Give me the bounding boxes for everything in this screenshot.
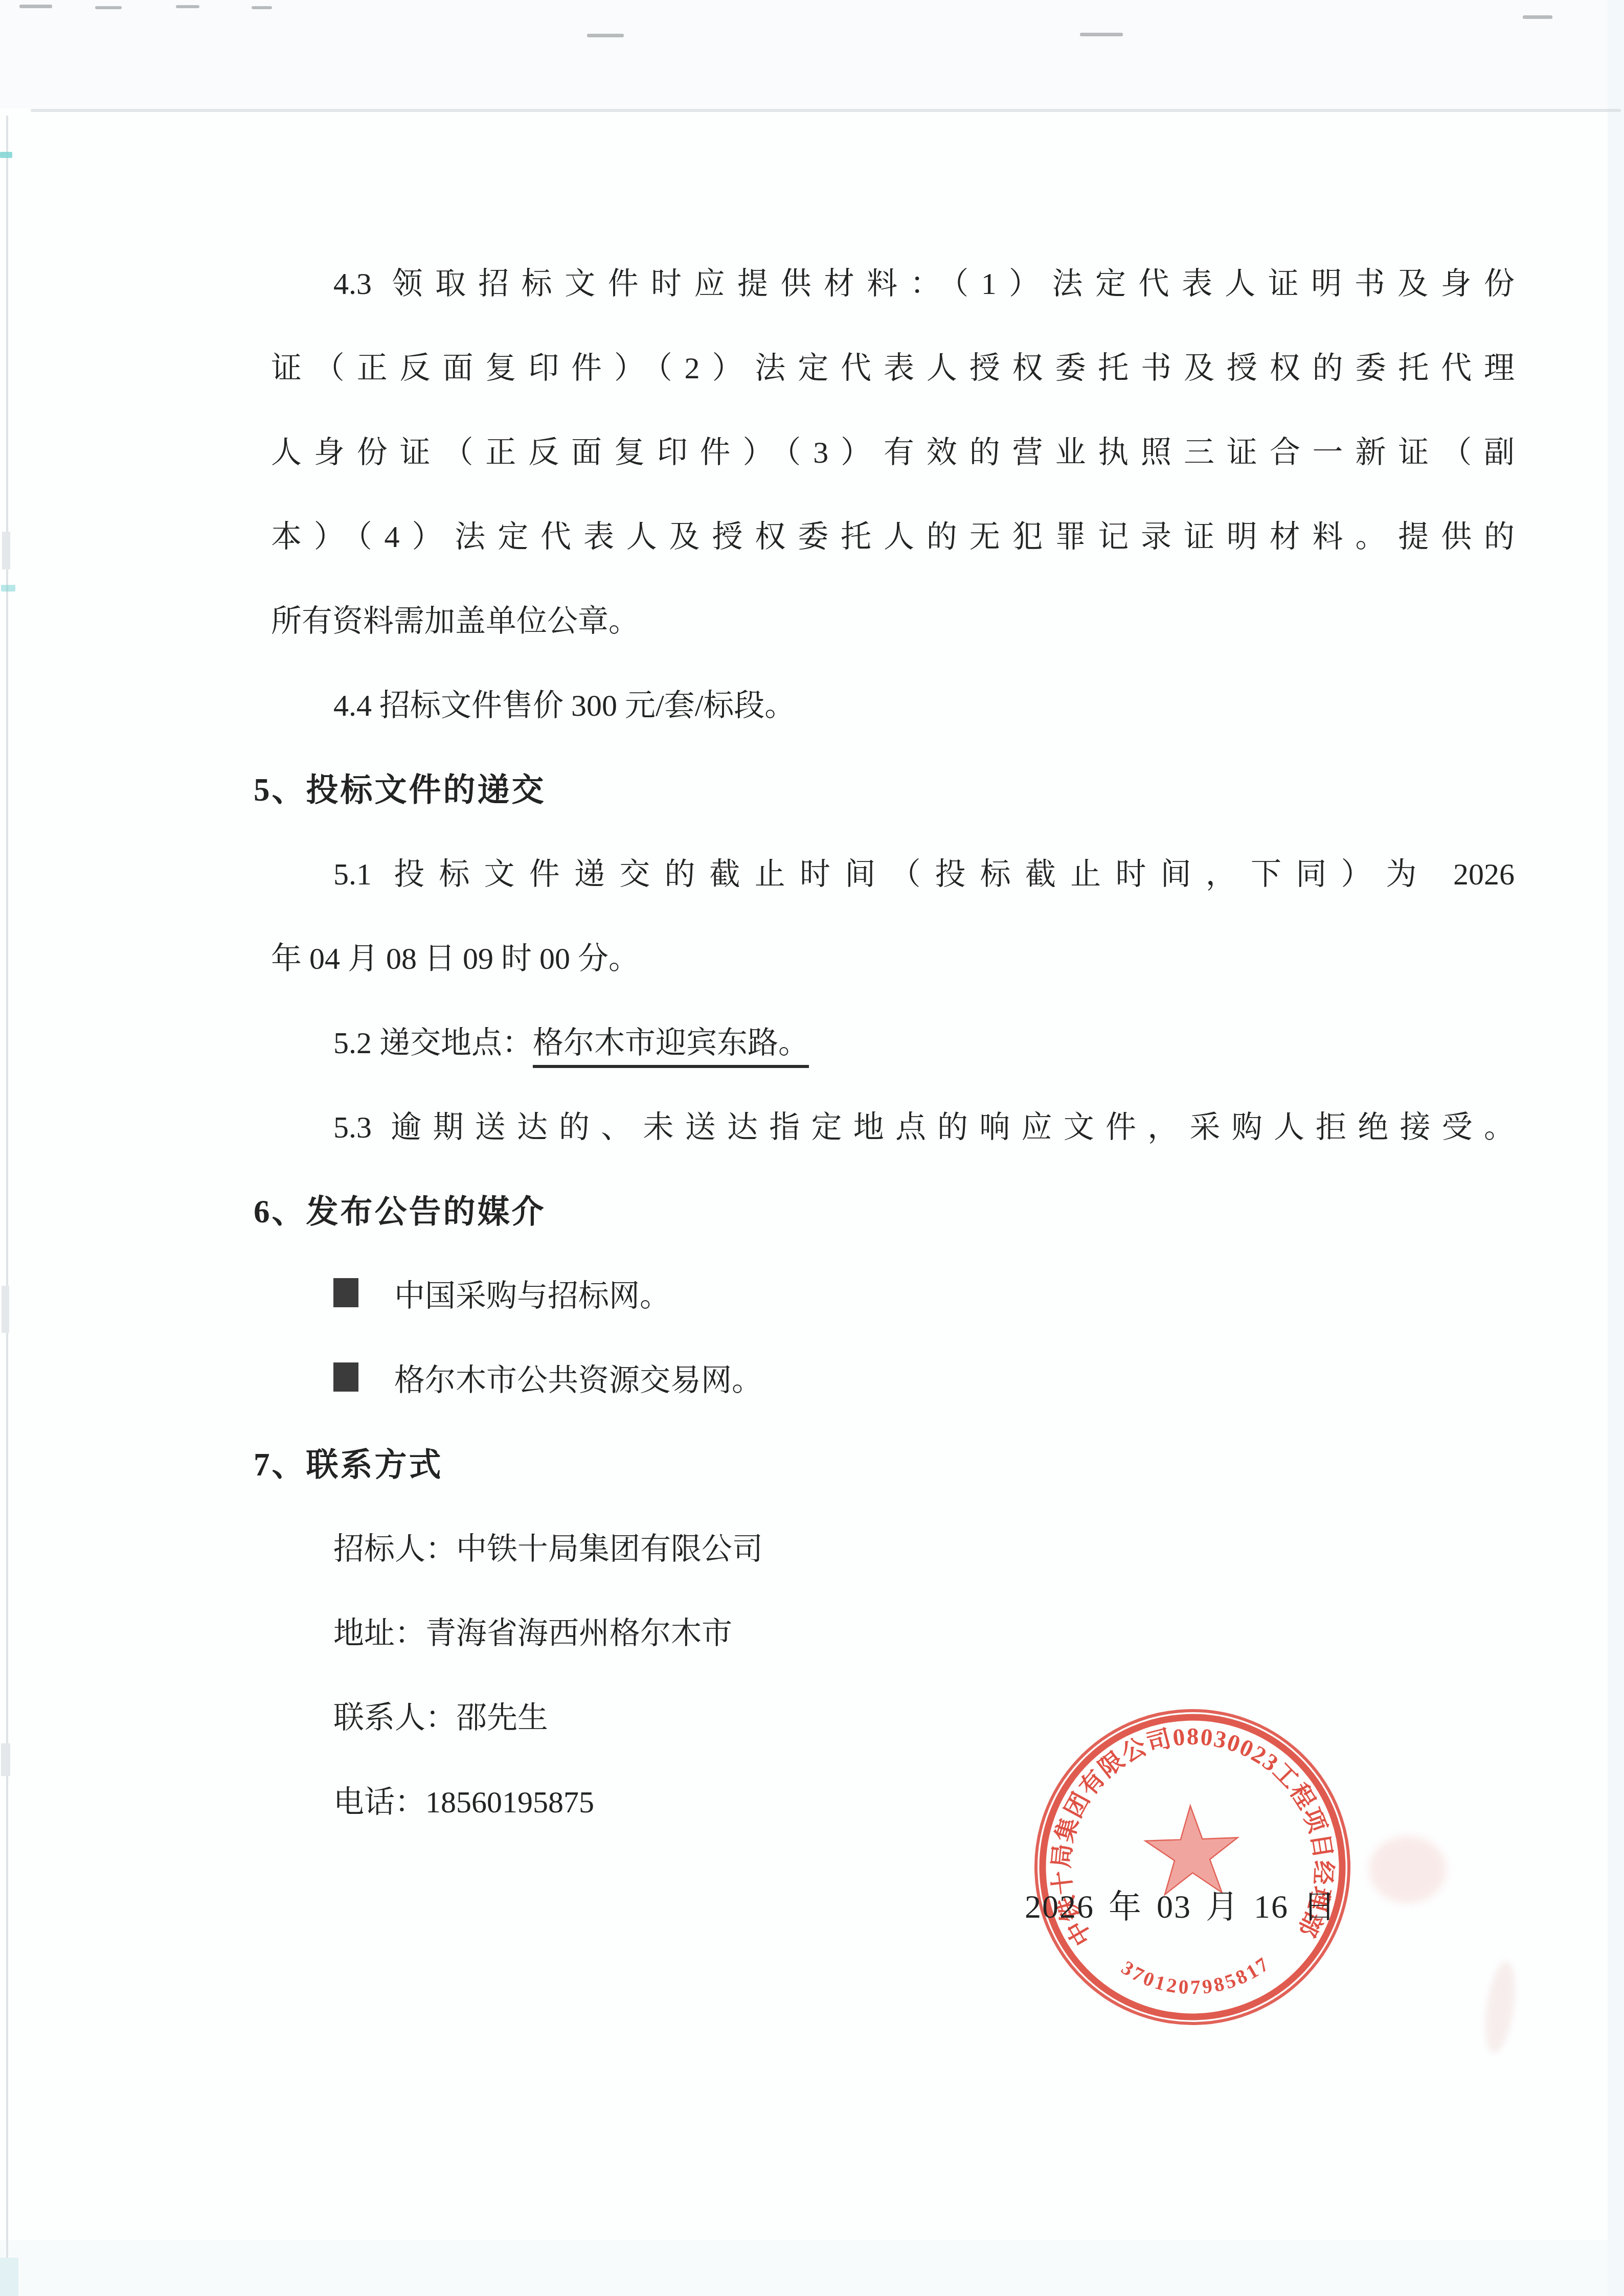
scan-artifact-gray-dash <box>2 532 10 570</box>
clause-4-3-line-2: 证（正反面复印件）（2）法定代表人授权委托书及授权的委托代理 <box>271 326 1515 411</box>
scan-artifact-speck <box>19 5 52 8</box>
submission-location-underlined: 格尔木市迎宾东路。 <box>533 1026 809 1068</box>
scan-artifact-speck <box>587 34 624 37</box>
clause-4-3-line-4: 本）（4）法定代表人及授权委托人的无犯罪记录证明材料。提供的 <box>271 495 1515 579</box>
scan-tint-bottom <box>0 2240 1624 2296</box>
section-5-heading: 5、投标文件的递交 <box>254 748 1515 832</box>
clause-5-1-line-2: 年 04 月 08 日 09 时 00 分。 <box>271 917 1515 1001</box>
scan-artifact-speck <box>252 6 272 9</box>
media-list-item: 中国采购与招标网。 <box>271 1254 1515 1338</box>
clause-4-3-line-5: 所有资料需加盖单位公章。 <box>271 579 1515 664</box>
scan-artifact-cyan-dash <box>1 585 15 592</box>
scan-artifact-corner <box>0 2258 18 2296</box>
media-item-label: 格尔木市公共资源交易网。 <box>394 1363 762 1397</box>
filled-square-bullet-icon <box>333 1362 358 1392</box>
clause-4-3-line-1: 4.3 领取招标文件时应提供材料：（1）法定代表人证明书及身份 <box>271 242 1515 326</box>
media-list-item: 格尔木市公共资源交易网。 <box>271 1338 1515 1423</box>
scan-artifact-speck <box>176 5 199 8</box>
contact-line-tenderer: 招标人：中铁十局集团有限公司 <box>271 1507 1515 1592</box>
clause-5-2: 5.2 递交地点：格尔木市迎宾东路。 <box>271 1001 1515 1085</box>
section-7-heading: 7、联系方式 <box>254 1423 1515 1507</box>
clause-4-3-line-3: 人身份证（正反面复印件）（3）有效的营业执照三证合一新证（副 <box>271 411 1515 495</box>
media-item-label: 中国采购与招标网。 <box>394 1279 670 1313</box>
scan-artifact-speck <box>1080 33 1123 36</box>
scan-artifact-gray-dash <box>2 1286 9 1333</box>
seal-serial-number: 3701207985817 <box>1117 1951 1275 2001</box>
scan-artifact-speck <box>95 6 122 9</box>
clause-4-4: 4.4 招标文件售价 300 元/套/标段。 <box>271 664 1515 748</box>
scan-tint-top <box>0 0 1624 108</box>
scan-artifact-fold-line <box>31 109 1621 112</box>
section-6-heading: 6、发布公告的媒介 <box>254 1170 1515 1254</box>
scan-artifact-left-edge-line <box>6 116 8 2296</box>
filled-square-bullet-icon <box>333 1278 358 1307</box>
scan-artifact-ink-smudge <box>1369 1836 1446 1903</box>
issue-date: 2026 年 03 月 16 日 <box>1025 1891 1337 1923</box>
scan-artifact-ink-smudge <box>1481 1960 1520 2054</box>
seal-star-icon <box>1144 1804 1239 1895</box>
scan-tint-right <box>1608 0 1624 2296</box>
scan-artifact-cyan-dash <box>0 152 12 158</box>
contact-line-address: 地址：青海省海西州格尔木市 <box>271 1592 1515 1676</box>
clause-5-3: 5.3 逾期送达的、未送达指定地点的响应文件，采购人拒绝接受。 <box>271 1085 1515 1170</box>
company-seal-stamp: 中铁十局集团有限公司08030023工程项目经理部 3701207985817 <box>1024 1698 1361 2036</box>
scan-artifact-speck <box>1523 15 1552 19</box>
svg-text:3701207985817: 3701207985817 <box>1117 1951 1275 2001</box>
clause-5-2-prefix: 5.2 递交地点： <box>333 1026 533 1060</box>
scanned-document-page: 4.3 领取招标文件时应提供材料：（1）法定代表人证明书及身份 证（正反面复印件… <box>0 0 1624 2296</box>
document-body: 4.3 领取招标文件时应提供材料：（1）法定代表人证明书及身份 证（正反面复印件… <box>271 242 1515 1845</box>
scan-artifact-gray-dash <box>1 1743 10 1776</box>
clause-5-1-line-1: 5.1 投标文件递交的截止时间（投标截止时间，下同）为 2026 <box>271 832 1515 917</box>
